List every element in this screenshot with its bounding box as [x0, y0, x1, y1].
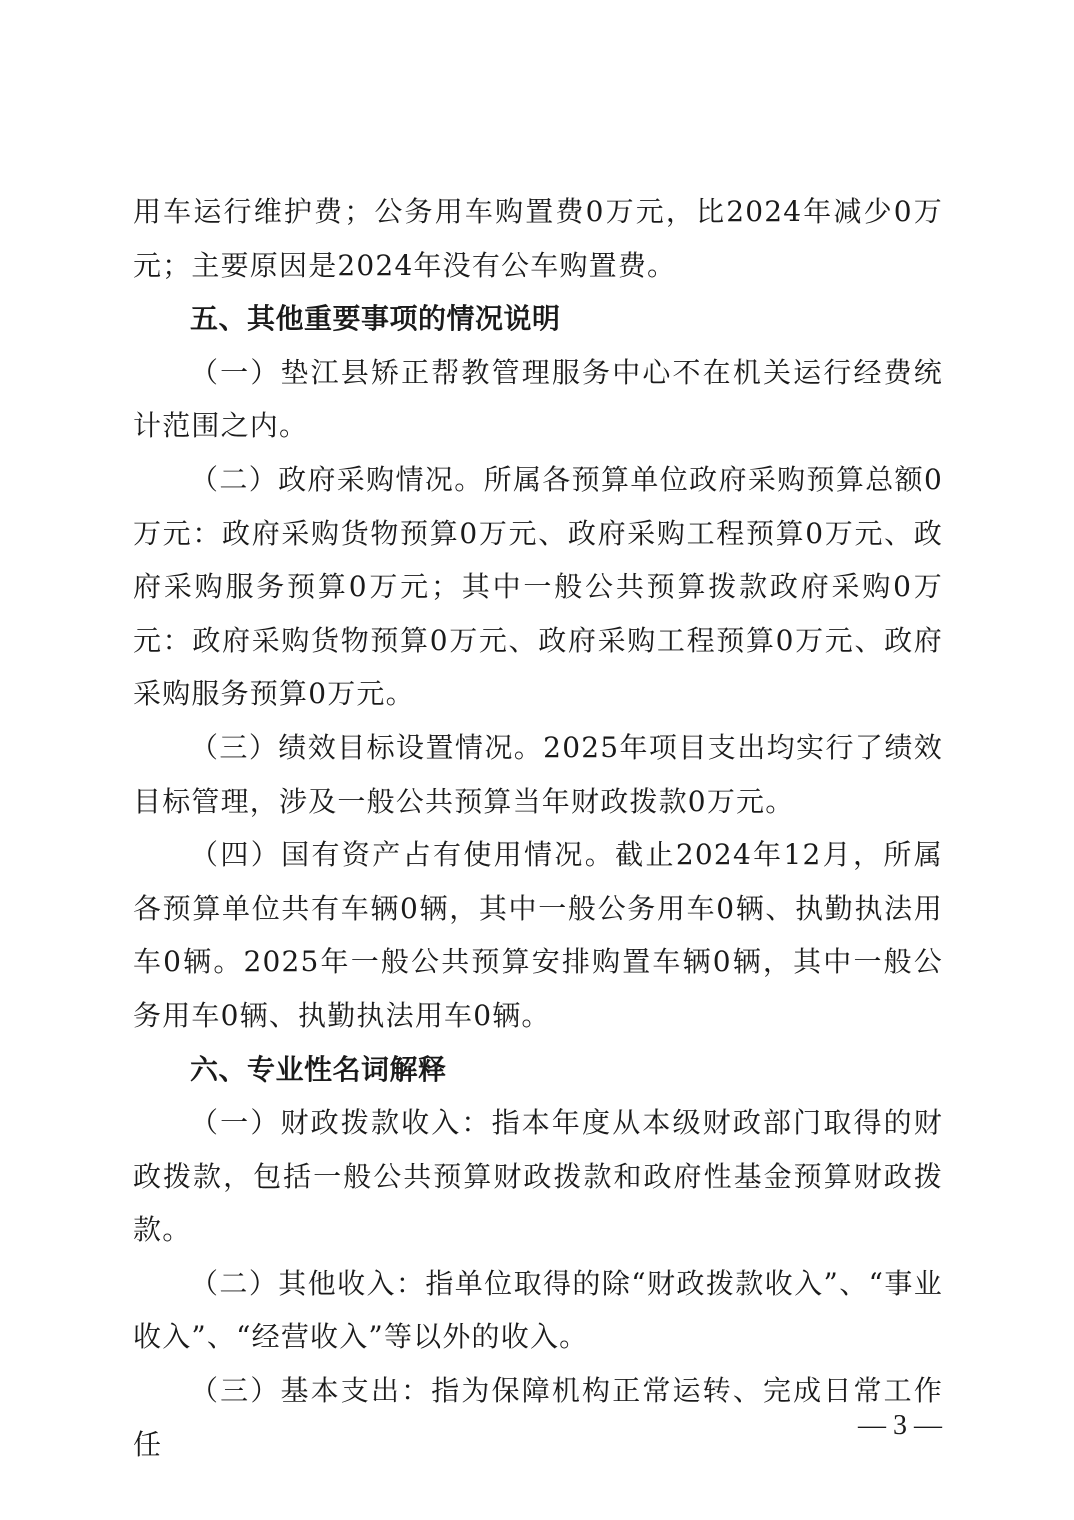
- section-heading-terminology: 六、专业性名词解释: [133, 1043, 943, 1097]
- paragraph-fiscal-appropriation-income: （一）财政拨款收入：指本年度从本级财政部门取得的财政拨款，包括一般公共预算财政拨…: [133, 1096, 943, 1257]
- paragraph-government-procurement: （二）政府采购情况。所属各预算单位政府采购预算总额0万元：政府采购货物预算0万元…: [133, 453, 943, 721]
- paragraph-basic-expenditure: （三）基本支出：指为保障机构正常运转、完成日常工作任: [133, 1364, 943, 1471]
- paragraph-state-assets: （四）国有资产占有使用情况。截止2024年12月，所属各预算单位共有车辆0辆，其…: [133, 828, 943, 1042]
- paragraph-other-income: （二）其他收入：指单位取得的除“财政拨款收入”、“事业收入”、“经营收入”等以外…: [133, 1257, 943, 1364]
- section-heading-other-matters: 五、其他重要事项的情况说明: [133, 292, 943, 346]
- document-page: 用车运行维护费；公务用车购置费0万元，比2024年减少0万元；主要原因是2024…: [133, 185, 943, 1471]
- paragraph-performance-targets: （三）绩效目标设置情况。2025年项目支出均实行了绩效目标管理，涉及一般公共预算…: [133, 721, 943, 828]
- page-number: — 3 —: [855, 1410, 945, 1442]
- paragraph-operating-expenses-scope: （一）垫江县矫正帮教管理服务中心不在机关运行经费统计范围之内。: [133, 346, 943, 453]
- paragraph-vehicle-costs: 用车运行维护费；公务用车购置费0万元，比2024年减少0万元；主要原因是2024…: [133, 185, 943, 292]
